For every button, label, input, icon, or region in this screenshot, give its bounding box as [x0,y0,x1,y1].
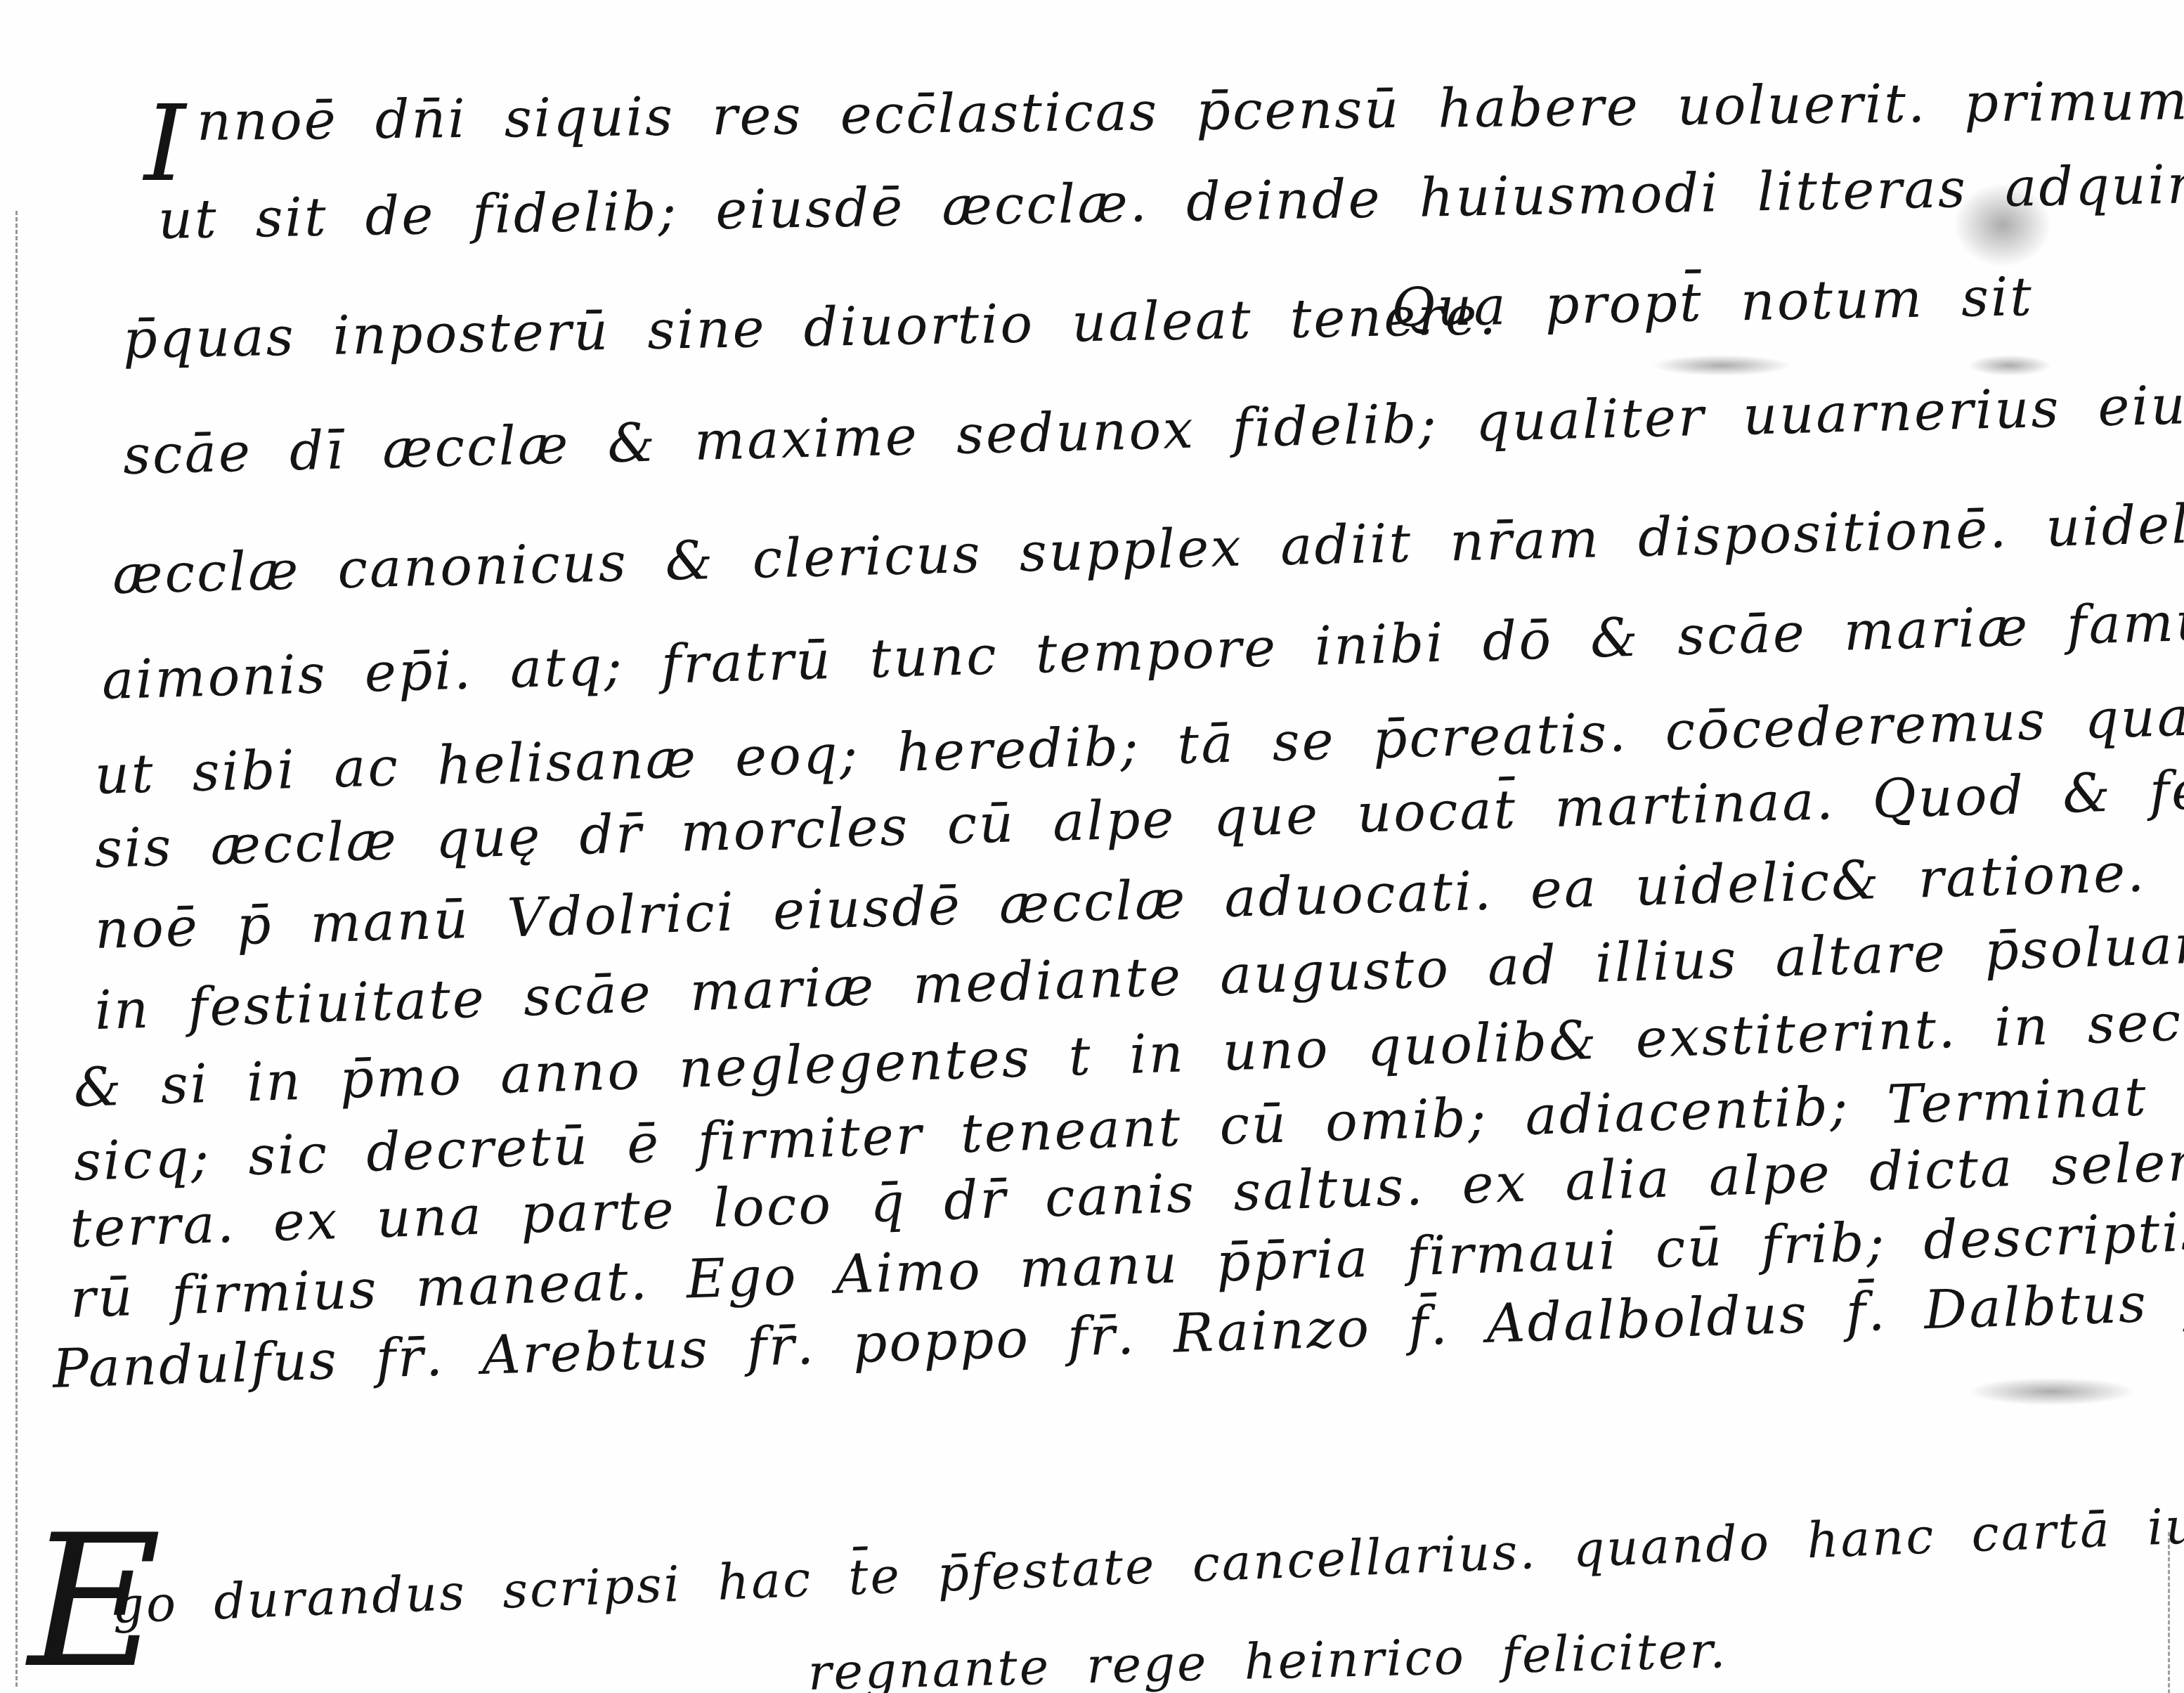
left-margin-rule [15,211,18,1687]
ink-smudge [1968,1377,2136,1406]
subscription-line-1: go durandus scripsi hac t̄e p̄festate ca… [112,1484,2184,1630]
line-3a: p̄quas inposterū sine diuortio ualeat te… [122,289,1498,366]
line-1: nnoē dn̄i siquis res ecc̄lasticas p̄cens… [197,70,2184,148]
manuscript-page: I nnoē dn̄i siquis res ecc̄lasticas p̄ce… [0,0,2184,1693]
subscription-line-2: regnante rege heinrico feliciter. [807,1626,1728,1693]
line-2: ut sit de fidelib; eiusdē æcclæ. deinde … [157,156,2184,247]
line-4: scāe dī æcclæ & maxime sedunox fidelib; … [122,375,2184,482]
line-3b: Qua propt̄ notum sit [1391,270,2034,335]
line-6: aimonis ep̄i. atq; fratrū tunc tempore i… [101,590,2184,707]
ink-smudge [1651,355,1792,376]
right-margin-rule [2168,1532,2170,1693]
ink-smudge [1968,355,2052,376]
opening-initial: I [144,91,186,197]
line-5: æcclæ canonicus & clericus supplex adiit… [112,495,2184,602]
